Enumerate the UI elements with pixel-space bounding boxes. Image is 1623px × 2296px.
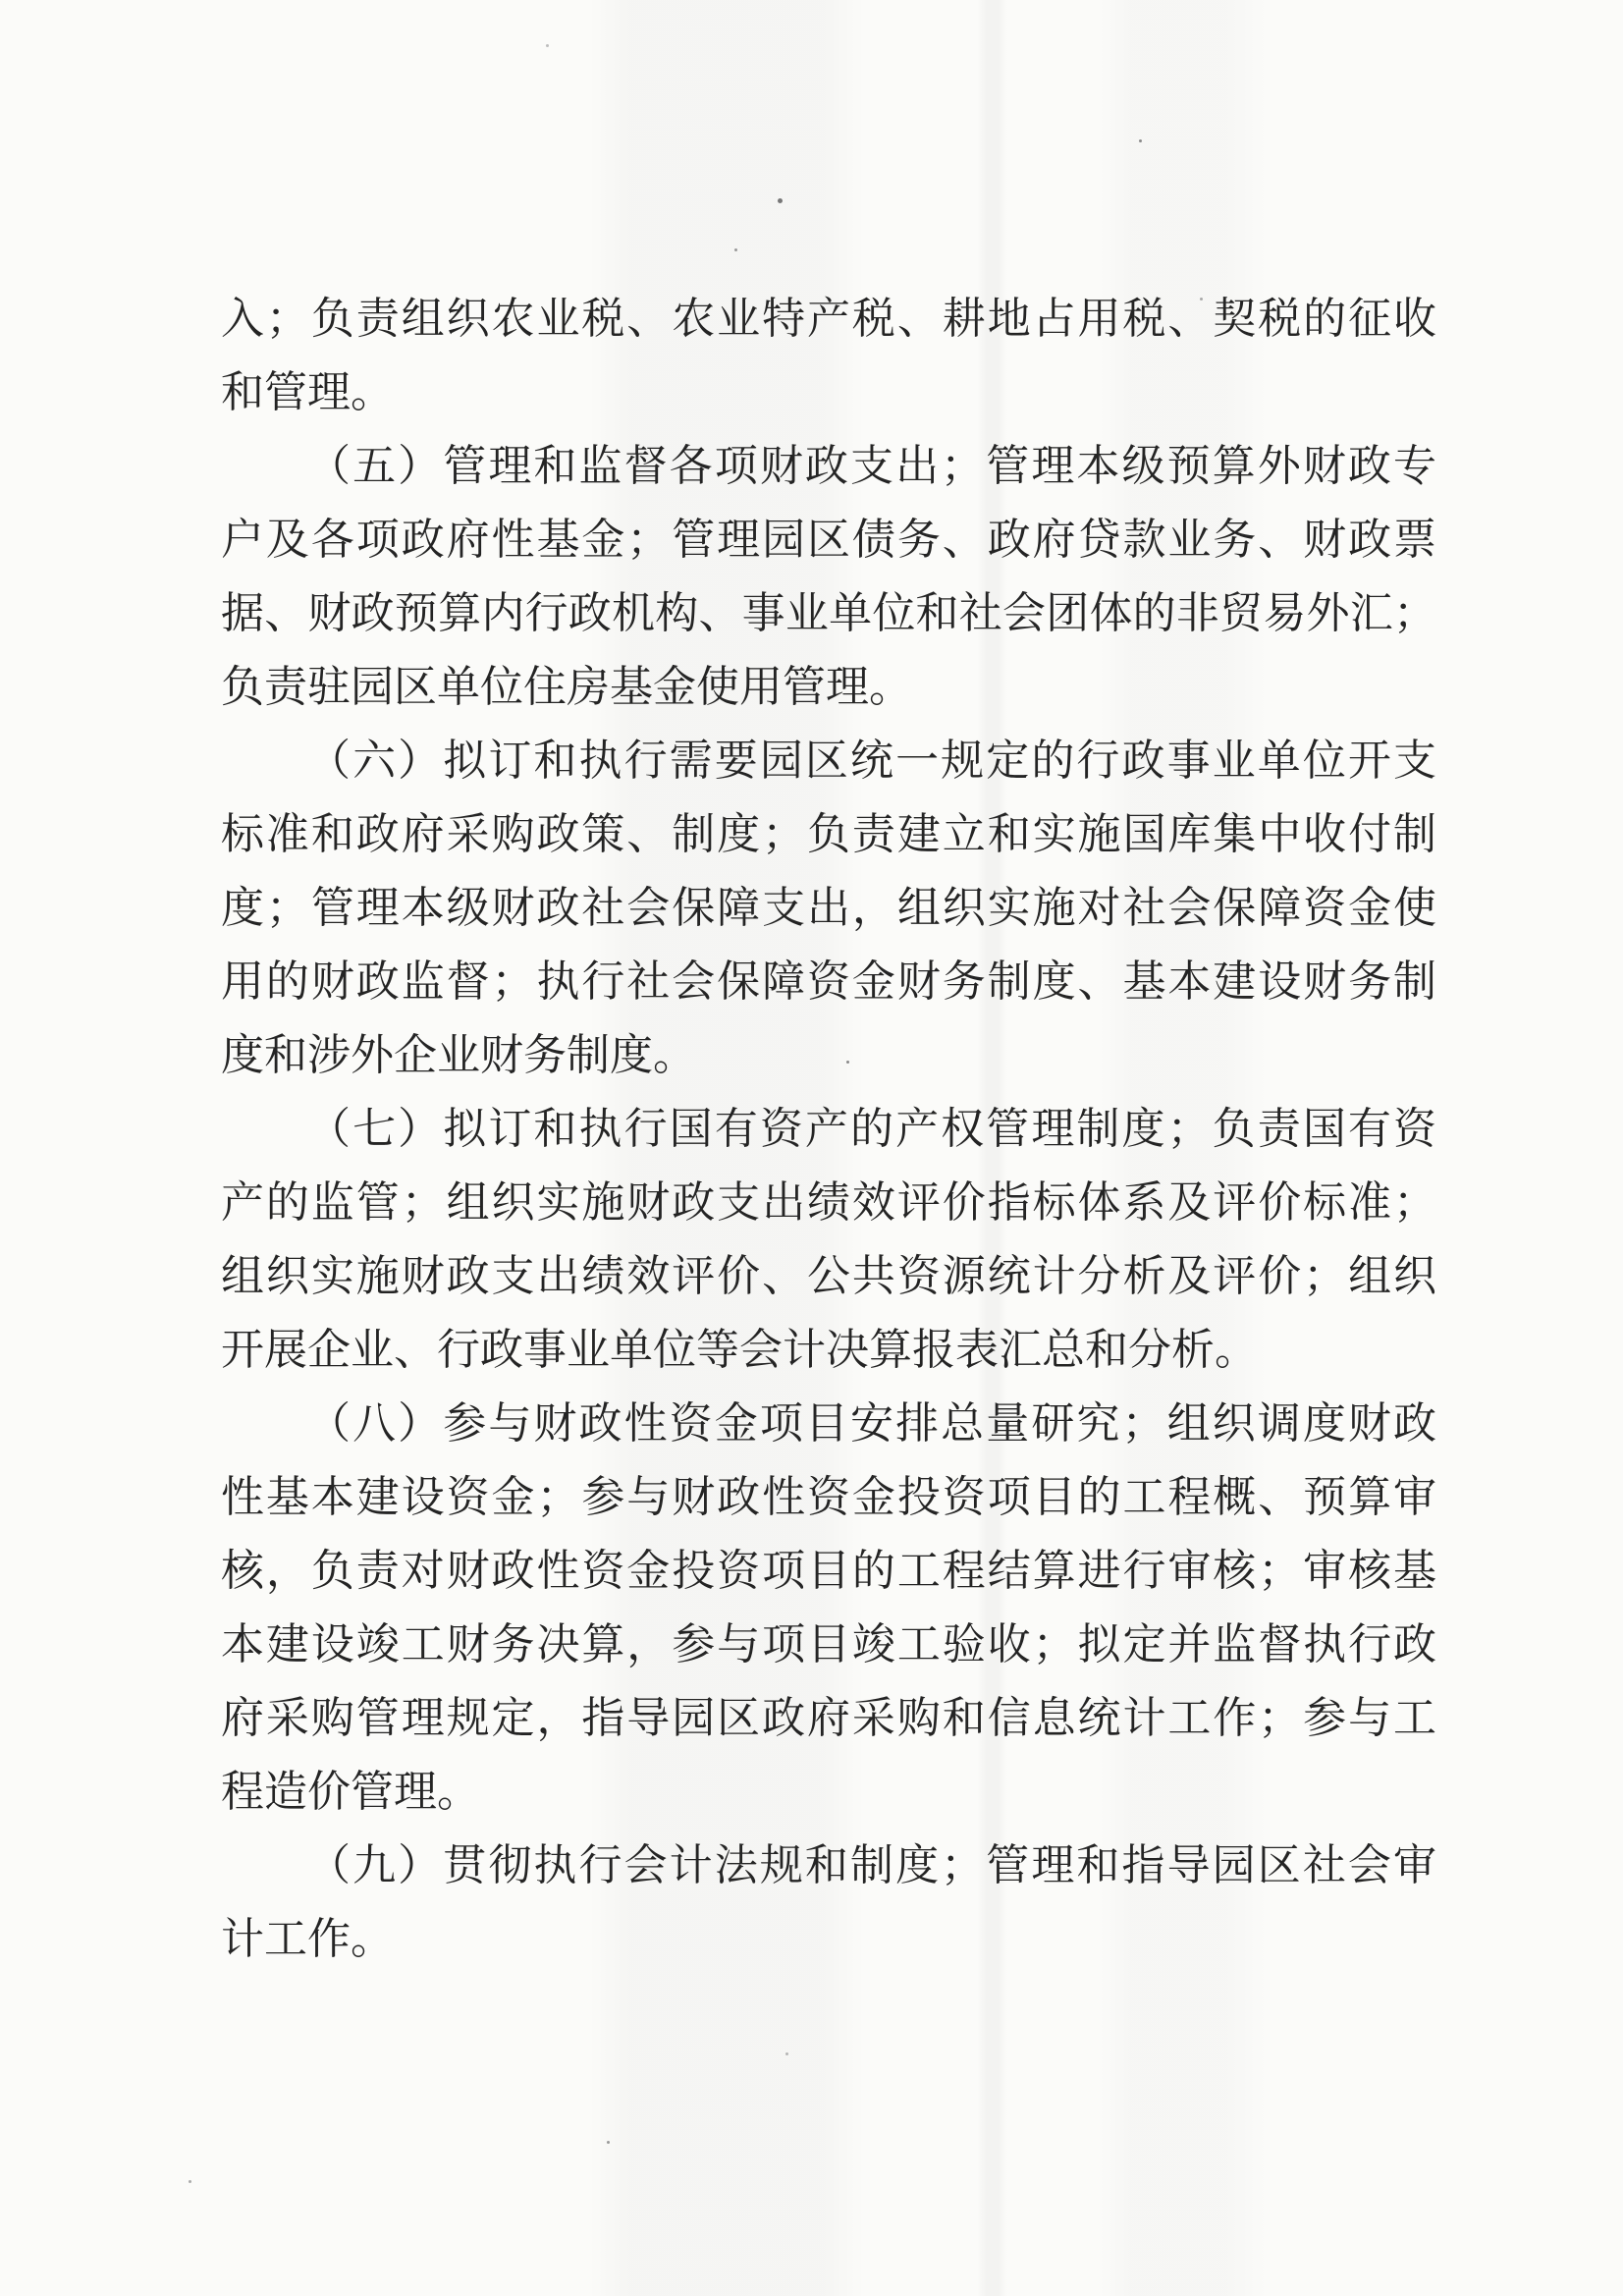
text-line: （五）管理和监督各项财政支出；管理本级预算外财政专 (221, 429, 1436, 503)
text-line: 户及各项政府性基金；管理园区债务、政府贷款业务、财政票 (221, 503, 1436, 576)
text-line: 府采购管理规定，指导园区政府采购和信息统计工作；参与工 (221, 1681, 1436, 1755)
text-line: 本建设竣工财务决算，参与项目竣工验收；拟定并监督执行政 (221, 1608, 1436, 1681)
text-line: 程造价管理。 (221, 1755, 1436, 1829)
text-line: 核，负责对财政性资金投资项目的工程结算进行审核；审核基 (221, 1534, 1436, 1608)
text-line: 产的监管；组织实施财政支出绩效评价指标体系及评价标准； (221, 1166, 1436, 1239)
text-line: （六）拟订和执行需要园区统一规定的行政事业单位开支 (221, 724, 1436, 797)
text-line: 度和涉外企业财务制度。 (221, 1018, 1436, 1092)
text-line: （八）参与财政性资金项目安排总量研究；组织调度财政 (221, 1387, 1436, 1460)
text-line: 用的财政监督；执行社会保障资金财务制度、基本建设财务制 (221, 945, 1436, 1018)
text-line: 标准和政府采购政策、制度；负责建立和实施国库集中收付制 (221, 797, 1436, 871)
text-line: 负责驻园区单位住房基金使用管理。 (221, 650, 1436, 724)
text-line: （九）贯彻执行会计法规和制度；管理和指导园区社会审 (221, 1829, 1436, 1902)
scan-specks (0, 0, 3, 3)
text-line: 和管理。 (221, 355, 1436, 429)
document-body: 入；负责组织农业税、农业特产税、耕地占用税、契税的征收 和管理。 （五）管理和监… (221, 282, 1436, 1976)
text-line: 性基本建设资金；参与财政性资金投资项目的工程概、预算审 (221, 1460, 1436, 1534)
text-line: 度；管理本级财政社会保障支出，组织实施对社会保障资金使 (221, 871, 1436, 945)
text-line: （七）拟订和执行国有资产的产权管理制度；负责国有资 (221, 1092, 1436, 1166)
text-line: 据、财政预算内行政机构、事业单位和社会团体的非贸易外汇； (221, 576, 1436, 650)
scanned-document-page: 入；负责组织农业税、农业特产税、耕地占用税、契税的征收 和管理。 （五）管理和监… (0, 0, 1623, 2296)
text-line: 计工作。 (221, 1902, 1436, 1976)
text-line: 开展企业、行政事业单位等会计决算报表汇总和分析。 (221, 1313, 1436, 1387)
text-line: 入；负责组织农业税、农业特产税、耕地占用税、契税的征收 (221, 282, 1436, 355)
text-line: 组织实施财政支出绩效评价、公共资源统计分析及评价；组织 (221, 1239, 1436, 1313)
